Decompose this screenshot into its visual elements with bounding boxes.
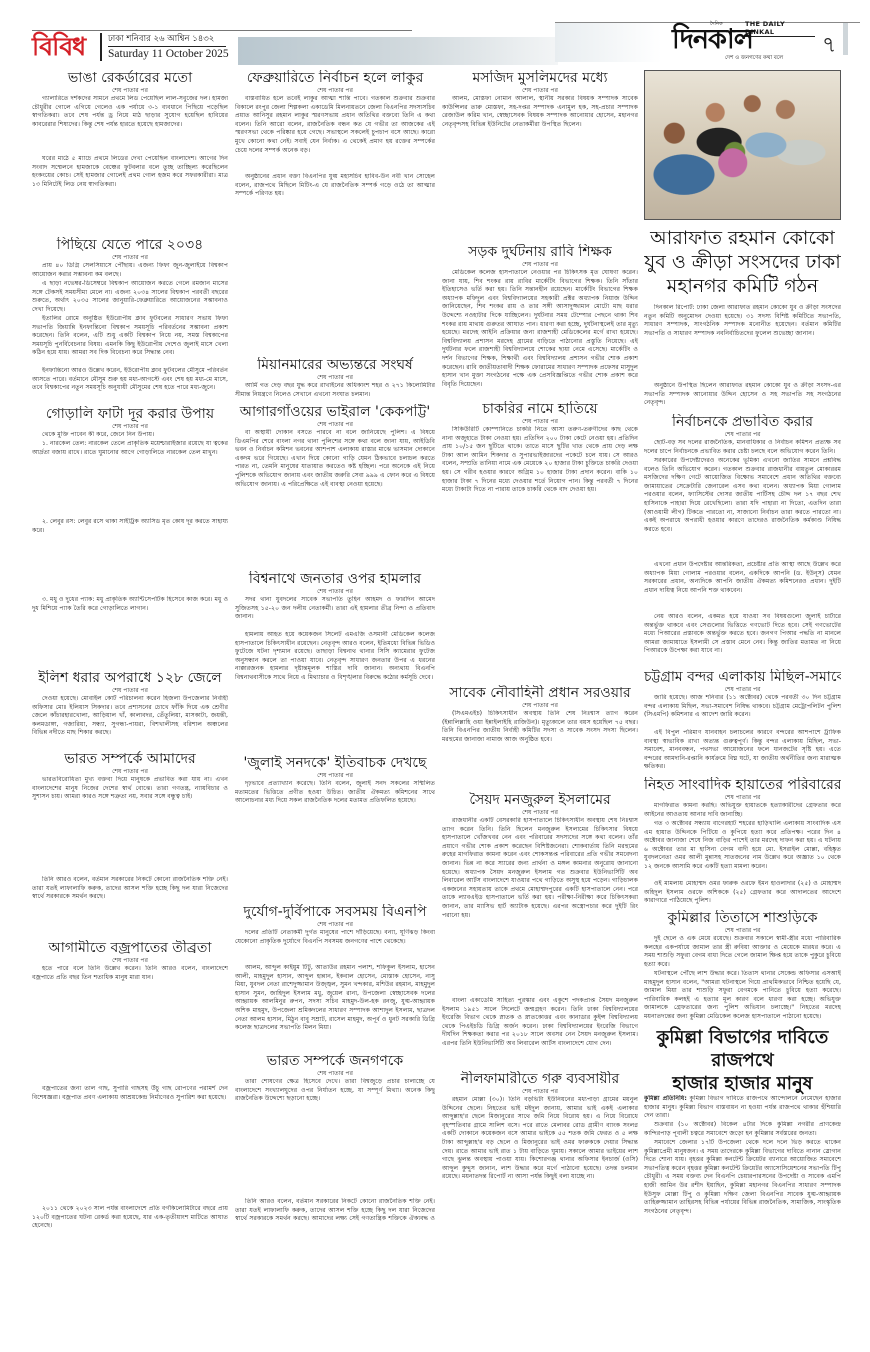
article-headline: আগারগাঁওয়ের ভাইরাল 'কেকপট্টি' (235, 404, 435, 421)
article-syed-manzoorul-islam: সৈয়দ মনজুরুল ইসলামের শেষ পাতার পর রাজধা… (442, 792, 638, 1067)
continued-label: শেষ পাতার পর (442, 702, 638, 710)
article-paragraph: রাজধানীর একটি বেসরকারি হাসপাতালে চিকিৎসা… (442, 817, 638, 997)
logo-tagline: দেশ ও জনগণের কথা বলে (725, 55, 783, 63)
article-paragraph: এই বিপুল পরিমাণ যানবাহন চলাচলের কারণে বন… (644, 729, 841, 773)
article-headline: ভারত সম্পর্কে জনগণকে (235, 1053, 435, 1070)
article-chattogram-port-ban: চট্টগ্রাম বন্দর এলাকায় মিছিল-সমাবেশ শেষ… (644, 669, 841, 773)
article-former-navy-chief: সাবেক নৌবাহিনী প্রধান সরওয়ার শেষ পাতার … (442, 685, 638, 788)
article-paragraph: দুই ছেলে ও এক মেয়ে রয়েছে। শুক্রবার সকা… (644, 935, 841, 970)
article-headline: বিশ্বনাথে জনতার ওপর হামলার (235, 571, 435, 588)
article-july-charter: 'জুলাই সনদকে' ইতিবাচক দেখছে শেষ পাতার পর… (235, 755, 435, 900)
lead-photo (644, 70, 841, 220)
date-english: Saturday 11 October 2025 (108, 47, 229, 61)
article-paragraph: ২. লেবুর রস: লেবুর রসে থাকা সাইট্রিক অ্য… (32, 518, 228, 596)
article-mosque-muslims: মসজিদ মুসলিমদের মধ্যে শেষ পাতার পর আলম, … (442, 70, 638, 240)
continued-label: শেষ পাতার পর (32, 957, 228, 965)
article-hilsa-fishermen: ইলিশ ধরার অপরাধে ১২৮ জেলে শেষ পাতার পর দ… (32, 670, 228, 747)
article-paragraph: ৩. মধু ও দুধের প্যাক: মধু প্রাকৃতিক অ্যা… (32, 596, 228, 666)
article-headline: নীলফামারীতে গরু ব্যবসায়ীর (442, 1071, 638, 1088)
article-paragraph: আলম, মোস্তফা নোমান আলাল, স্থানীয় সরকার … (442, 95, 638, 240)
continued-label: শেষ পাতার পর (644, 686, 841, 694)
article-paragraph: বজ্রপাতের জন্য তাল গাছ, সুপারি গাছসহ উঁচ… (32, 1085, 228, 1205)
article-paragraph: সিকিউরিটি কোম্পানিতে চাকরি নিতে আসা তরুণ… (442, 426, 638, 681)
section-logo: বিবিধ (32, 33, 85, 61)
article-headline: দুর্যোগ-দুর্বিপাকে সবসময় বিএনপি (235, 904, 435, 921)
continued-label: শেষ পাতার পর (644, 794, 841, 802)
article-paragraph: ভারতবিরোধিতা মুখ্য বক্তব্য দিয়ে মানুষকে… (32, 776, 228, 876)
article-paragraph: রহমান মোল্লা (৩০)। তিনি বড়ভিটা ইউনিয়নে… (442, 1096, 638, 1208)
article-headline: আগামীতে বজ্রপাতের তীব্রতা (32, 940, 228, 957)
article-world-cup-2034: পিছিয়ে যেতে পারে ২০৩৪ শেষ পাতার পর প্রা… (32, 237, 228, 402)
feature-paragraph: সমাবেশে জেলার ১৭টি উপজেলা থেকে দলে দলে ভ… (644, 1139, 841, 1217)
logo-english-title: THE DAILY DINKAL (745, 20, 815, 37)
article-paragraph: তিনি আরও বলেন, বর্তমান সরকারের নিকটে কোন… (32, 876, 228, 936)
feature-paragraph: শুক্রবার (১০ অক্টোবর) বিকেল ৪টার দিকে কু… (644, 1121, 841, 1139)
logo-bangla-title: দিনকাল (672, 26, 753, 54)
article-paragraph: সদর থানা যুবদলের সাবেক সভাপতি তুহিন আহমদ… (235, 596, 435, 631)
article-headline: মসজিদ মুসলিমদের মধ্যে (442, 70, 638, 87)
article-headline: চট্টগ্রাম বন্দর এলাকায় মিছিল-সমাবেশ (644, 669, 841, 686)
article-headline: সাবেক নৌবাহিনী প্রধান সরওয়ার (442, 685, 638, 702)
article-india-relations-ours: ভারত সম্পর্কে আমাদের শেষ পাতার পর ভারতবি… (32, 751, 228, 936)
article-paragraph: থেকে মুক্তি পাবেন কী করে, জেনে নিন উপায়… (32, 431, 228, 440)
article-paragraph: হতে পারে বলে তিনি উল্লেখ করেন। তিনি আরও … (32, 965, 228, 1085)
newspaper-logo: দৈনিক THE DAILY DINKAL দিনকাল দেশ ও জনগণ… (670, 20, 815, 64)
article-disaster-bnp: দুর্যোগ-দুর্বিপাকে সবসময় বিএনপি শেষ পাত… (235, 904, 435, 1049)
article-paragraph: এখনো প্রধান উপদেষ্টার আন্তরিকতা, প্রচেষ্… (644, 561, 841, 613)
article-paragraph: ইনফান্তিনো আরও উল্লেখ করেন, ইউরোপীয় ক্ল… (32, 367, 228, 402)
article-headline: চাকরির নামে হাতিয়ে (442, 401, 638, 418)
article-paragraph: তিনি আরও বলেন, বর্তমান সরকারের নিকটে কোন… (235, 1198, 435, 1224)
continued-label: শেষ পাতার পর (644, 431, 841, 439)
article-paragraph: ঘটনাস্থলে পৌঁছে লাশ উদ্ধার করে। তিতাস থা… (644, 970, 841, 1022)
article-headline: ভারত সম্পর্কে আমাদের (32, 751, 228, 768)
article-paragraph: গত ৩ অক্টোবর সন্ধ্যায় বাগেরহাট শহরের হা… (644, 820, 841, 880)
article-paragraph: বা অস্থায়ী দোকান বসতে পারবে না বলে জানি… (235, 429, 435, 567)
article-lightning-intensity: আগামীতে বজ্রপাতের তীব্রতা শেষ পাতার পর হ… (32, 940, 228, 1231)
article-bishwanath-attack: বিশ্বনাথে জনতার ওপর হামলার শেষ পাতার পর … (235, 571, 435, 751)
feature-headline-line1: কুমিল্লা বিভাগের দাবিতে রাজপথে (644, 1026, 841, 1072)
article-headline: পিছিয়ে যেতে পারে ২০৩৪ (32, 237, 228, 254)
article-nilphamari-trader: নীলফামারীতে গরু ব্যবসায়ীর শেষ পাতার পর … (442, 1071, 638, 1208)
date-block: ঢাকা শনিবার ২৬ আশ্বিন ১৪৩২ Saturday 11 O… (100, 33, 229, 61)
feature-headline-line2: হাজার হাজার মানুষ (644, 1072, 841, 1095)
page-number-bar (843, 23, 848, 55)
article-headline: গোড়ালি ফাটা দূর করার উপায় (32, 406, 228, 423)
article-paragraph: ইতালির রোমে অনুষ্ঠিত ইউরোপীয় ক্লাব ফুটব… (32, 315, 228, 367)
column-1: ভাঙা রেকর্ডারের মতো শেষ পাতার পর গ্যালার… (32, 70, 228, 1235)
article-paragraph: ২০১১ থেকে ২০২৩ সাল পর্যন্ত বাংলাদেশে প্র… (32, 1205, 228, 1231)
continued-label: শেষ পাতার পর (442, 1088, 638, 1096)
continued-label: শেষ পাতার পর (32, 254, 228, 262)
article-paragraph: ওই মামলায় মোহাম্মদ ওমর ফারুক ওরফে ইমন হ… (644, 880, 841, 906)
article-paragraph: বাস্তবায়িত হলে তবেই লাকুর আত্মা শান্তি … (235, 95, 435, 173)
article-paragraph: নেয় আরও বলেন, একমত হয়ে যাওয়া সব বিষয়… (644, 613, 841, 665)
article-job-fraud: চাকরির নামে হাতিয়ে শেষ পাতার পর সিকিউরি… (442, 401, 638, 681)
article-headline: ভাঙা রেকর্ডারের মতো (32, 70, 228, 87)
page-number: ৭ (822, 28, 836, 65)
article-paragraph: গ্যালারিতে দর্শকদের সামনে প্রথমে লিড পেয… (32, 95, 228, 155)
article-paragraph: সরকারের উপদেষ্টাদেরও অনেকের ভূমিকা এখনো … (644, 457, 841, 561)
continued-label: শেষ পাতার পর (442, 809, 638, 817)
column-4: আরাফাত রহমান কোকো যুব ও ক্রীড়া সংসদের ঢ… (644, 70, 841, 1221)
article-headline: নিহত সাংবাদিক হায়াতের পরিবারের (644, 777, 841, 794)
article-headline: ফেব্রুয়ারিতে নির্বাচন হলে লাকুর (235, 70, 435, 87)
article-paragraph: (সিএমএইচ) চিকিৎসাধীন অবস্থায় তিনি শেষ ন… (442, 710, 638, 788)
article-cumilla-division-demand: কুমিল্লা বিভাগের দাবিতে রাজপথে হাজার হাজ… (644, 1026, 841, 1217)
column-2: ফেব্রুয়ারিতে নির্বাচন হলে লাকুর শেষ পাত… (235, 70, 435, 1228)
continued-label: শেষ পাতার পর (644, 927, 841, 935)
continued-label: শেষ পাতার পর (235, 421, 435, 429)
article-headline: সৈয়দ মনজুরুল ইসলামের (442, 792, 638, 809)
article-paragraph: ১. নারকেল তেল: নারকেল তেলে প্রাকৃতিক ময়… (32, 440, 228, 518)
continued-label: শেষ পাতার পর (235, 588, 435, 596)
column-3: মসজিদ মুসলিমদের মধ্যে শেষ পাতার পর আলম, … (442, 70, 638, 1212)
continued-label: শেষ পাতার পর (442, 261, 638, 269)
article-paragraph: জারি হয়েছে। আজ শনিবার (১১ অক্টোবর) থেকে… (644, 694, 841, 729)
article-paragraph: মেডিকেল কলেজ হাসপাতালে নেওয়ার পর চিকিৎস… (442, 269, 638, 397)
lead-paragraph: অনুষ্ঠানে উপস্থিত ছিলেন আরাফাত রহমান কোক… (644, 382, 841, 408)
article-headline: মিয়ানমারের অভ্যন্তরে সংঘর্ষ (235, 357, 435, 374)
continued-label: শেষ পাতার পর (32, 87, 228, 95)
article-paragraph: তারা শোষণের ক্ষেত্র হিসেবে দেখে। তারা বি… (235, 1078, 435, 1198)
article-paragraph: দেওয়া হয়েছে। মোবাইল কোর্ট পরিচালনা করে… (32, 695, 228, 747)
feature-byline: কুমিল্লা প্রতিনিধি: (644, 1095, 687, 1102)
article-paragraph: আর্মি গত দেড় বছর যুদ্ধ করে রাখাইনের অধি… (235, 382, 435, 400)
continued-label: শেষ পাতার পর (235, 772, 435, 780)
continued-label: শেষ পাতার পর (32, 423, 228, 431)
feature-paragraph: কুমিল্লা প্রতিনিধি: কুমিল্লা বিভাগ দাবিত… (644, 1095, 841, 1121)
article-election-influence: নির্বাচনকে প্রভাবিত করার শেষ পাতার পর ছো… (644, 414, 841, 665)
article-paragraph: দৃঢ়ভাবে প্রত্যাখ্যান করেছে। তিনি বলেন, … (235, 780, 435, 900)
article-headline: 'জুলাই সনদকে' ইতিবাচক দেখছে (235, 755, 435, 772)
article-titas-murder: কুমিল্লার তিতাসে শাশুড়িকে শেষ পাতার পর … (644, 910, 841, 1022)
masthead-rule (32, 30, 412, 31)
article-paragraph: দলের প্রতিটি নেতাকর্মী দুর্গত মানুষের পা… (235, 929, 435, 964)
article-rabi-teacher: সড়ক দুর্ঘটনায় রাবি শিক্ষক শেষ পাতার পর… (442, 244, 638, 397)
continued-label: শেষ পাতার পর (442, 87, 638, 95)
article-myanmar-clash: মিয়ানমারের অভ্যন্তরে সংঘর্ষ শেষ পাতার প… (235, 357, 435, 400)
article-cake-market: আগারগাঁওয়ের ভাইরাল 'কেকপট্টি' শেষ পাতার… (235, 404, 435, 567)
continued-label: শেষ পাতার পর (235, 87, 435, 95)
article-paragraph: অনুষ্ঠানের প্রধান বক্তা বিএনপির যুগ্ম মহ… (235, 173, 435, 353)
article-india-relations-people: ভারত সম্পর্কে জনগণকে শেষ পাতার পর তারা শ… (235, 1053, 435, 1224)
article-paragraph: বাংলা একাডেমি সাহিত্য পুরস্কার এবং একুশে… (442, 997, 638, 1067)
article-broken-recorder: ভাঙা রেকর্ডারের মতো শেষ পাতার পর গ্যালার… (32, 70, 228, 233)
date-bangla: ঢাকা শনিবার ২৬ আশ্বিন ১৪৩২ (108, 33, 226, 47)
article-paragraph: এ ছাড়া নভেম্বর-ডিসেম্বরে বিশ্বকাপ আয়োজ… (32, 280, 228, 315)
article-headline: নির্বাচনকে প্রভাবিত করার (644, 414, 841, 431)
article-paragraph: ঘরের মাঠে ৫ ম্যাচে প্রথমে লিডের দেখা পেয… (32, 155, 228, 233)
continued-label: শেষ পাতার পর (32, 687, 228, 695)
continued-label: শেষ পাতার পর (235, 374, 435, 382)
lead-headline: আরাফাত রহমান কোকো যুব ও ক্রীড়া সংসদের ঢ… (644, 226, 841, 298)
page-masthead: বিবিধ ঢাকা শনিবার ২৬ আশ্বিন ১৪৩২ Saturda… (0, 30, 870, 62)
lead-paragraph: দিনকাল রিপোর্ট: ঢাকা জেলা আরাফাত রহমান ক… (644, 304, 841, 382)
article-paragraph: হামলায় আহত হয়ে কয়েকজন সিলেট এমএজি ওসম… (235, 631, 435, 751)
article-headline: ইলিশ ধরার অপরাধে ১২৮ জেলে (32, 670, 228, 687)
article-paragraph: ছোট-বড় সব দলের রাজনৈতিক, মানবাধিকার ও ন… (644, 439, 841, 457)
continued-label: শেষ পাতার পর (235, 1070, 435, 1078)
article-paragraph: মাগফিরাত কামনা করছি। অভিযুক্ত হায়াতকে হ… (644, 802, 841, 820)
continued-label: শেষ পাতার পর (235, 921, 435, 929)
article-headline: কুমিল্লার তিতাসে শাশুড়িকে (644, 910, 841, 927)
continued-label: শেষ পাতার পর (442, 418, 638, 426)
article-paragraph: আলম, আব্দুল কাইয়ুম টিটু, আতাউর রহমান পল… (235, 964, 435, 1049)
article-luku-memorial: ফেব্রুয়ারিতে নির্বাচন হলে লাকুর শেষ পাত… (235, 70, 435, 353)
article-paragraph: প্রায় ৪০ ডিগ্রি সেলসিয়াসে পৌঁছায়। এজন… (32, 262, 228, 280)
article-cracked-heels: গোড়ালি ফাটা দূর করার উপায় শেষ পাতার পর… (32, 406, 228, 666)
article-headline: সড়ক দুর্ঘটনায় রাবি শিক্ষক (442, 244, 638, 261)
article-journalist-hayat: নিহত সাংবাদিক হায়াতের পরিবারের শেষ পাতা… (644, 777, 841, 906)
continued-label: শেষ পাতার পর (32, 768, 228, 776)
masthead-band (238, 37, 558, 65)
